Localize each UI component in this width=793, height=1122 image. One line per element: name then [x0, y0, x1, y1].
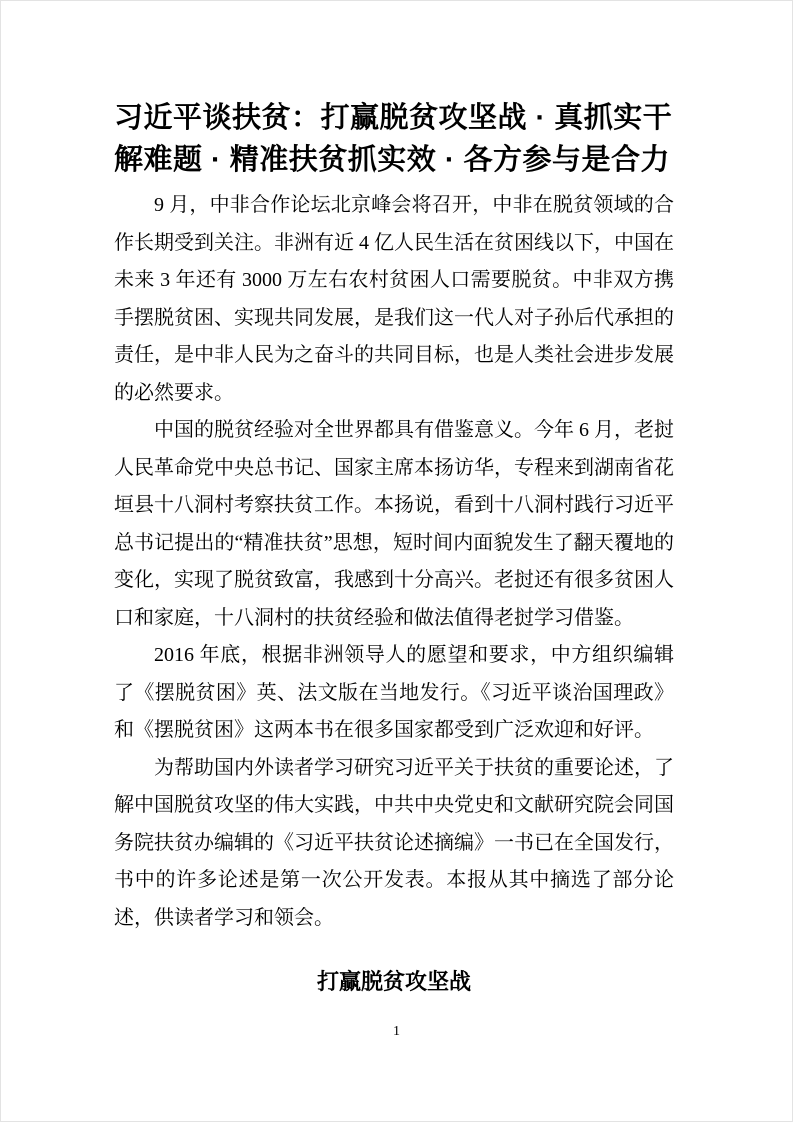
document-content: 习近平谈扶贫：打赢脱贫攻坚战 · 真抓实干解难题 · 精准扶贫抓实效 · 各方参…: [114, 1, 674, 997]
document-body: 9 月，中非合作论坛北京峰会将召开，中非在脱贫领域的合作长期受到关注。非洲有近 …: [114, 187, 674, 937]
document-title: 习近平谈扶贫：打赢脱贫攻坚战 · 真抓实干解难题 · 精准扶贫抓实效 · 各方参…: [114, 1, 674, 181]
section-heading: 打赢脱贫攻坚战: [114, 967, 674, 997]
document-page: 习近平谈扶贫：打赢脱贫攻坚战 · 真抓实干解难题 · 精准扶贫抓实效 · 各方参…: [0, 0, 793, 1122]
paragraph-3: 2016 年底，根据非洲领导人的愿望和要求，中方组织编辑了《摆脱贫困》英、法文版…: [114, 637, 674, 750]
page-number: 1: [1, 1023, 792, 1041]
paragraph-1: 9 月，中非合作论坛北京峰会将召开，中非在脱贫领域的合作长期受到关注。非洲有近 …: [114, 187, 674, 412]
paragraph-2: 中国的脱贫经验对全世界都具有借鉴意义。今年 6 月，老挝人民革命党中央总书记、国…: [114, 412, 674, 637]
paragraph-4: 为帮助国内外读者学习研究习近平关于扶贫的重要论述，了解中国脱贫攻坚的伟大实践，中…: [114, 750, 674, 938]
